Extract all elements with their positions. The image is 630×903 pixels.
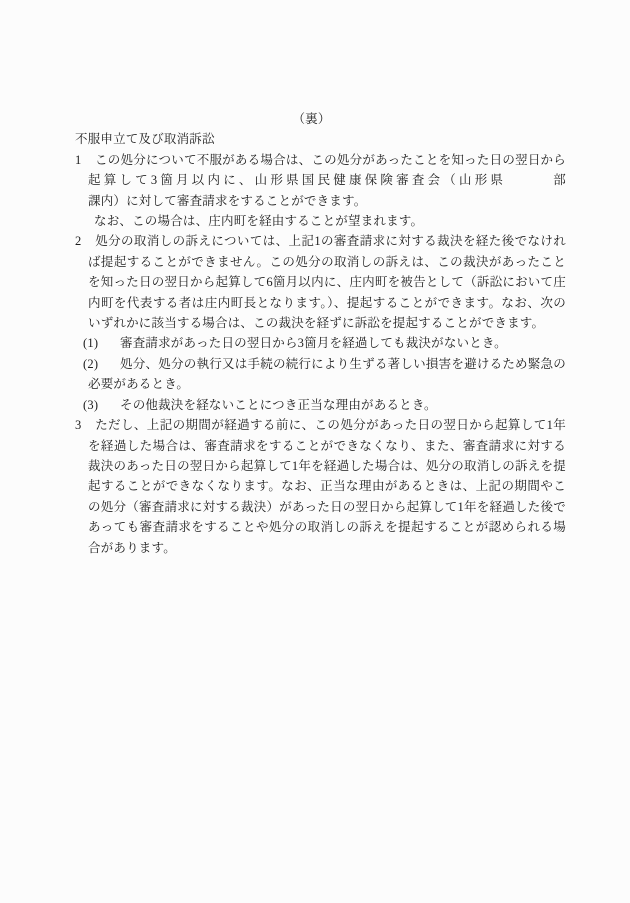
paragraph-marker: (3): [83, 395, 120, 415]
numbered-paragraph: 2処分の取消しの訴えについては、上記1の審査請求に対する裁決を経た後でなければ提…: [75, 231, 566, 333]
document-title: 不服申立て及び取消訴訟: [75, 129, 566, 149]
paragraph-text: その他裁決を経ないことにつき正当な理由があるとき。: [120, 398, 437, 412]
document-content: （裏） 不服申立て及び取消訴訟 1この処分について不服がある場合は、この処分があ…: [75, 109, 566, 558]
paragraph-marker: 1: [75, 150, 95, 170]
paragraph-list: 1この処分について不服がある場合は、この処分があったことを知った日の翌日から起算…: [75, 150, 566, 558]
document-page: （裏） 不服申立て及び取消訴訟 1この処分について不服がある場合は、この処分があ…: [0, 0, 630, 903]
sub-list-item: (1)審査請求があった日の翌日から3箇月を経過しても裁決がないとき。: [75, 333, 566, 353]
paragraph-text: 審査請求があった日の翌日から3箇月を経過しても裁決がないとき。: [120, 336, 507, 350]
paragraph-marker: (2): [83, 354, 120, 374]
note-line: なお、この場合は、庄内町を経由することが望まれます。: [75, 211, 566, 231]
paragraph-text: 処分の取消しの訴えについては、上記1の審査請求に対する裁決を経た後でなければ提起…: [88, 234, 566, 330]
page-side-label: （裏）: [75, 109, 566, 129]
sub-list-item: (2)処分、処分の執行又は手続の続行により生ずる著しい損害を避けるため緊急の必要…: [75, 354, 566, 395]
paragraph-marker: (1): [83, 333, 120, 353]
numbered-paragraph: 1この処分について不服がある場合は、この処分があったことを知った日の翌日から起算…: [75, 150, 566, 211]
paragraph-text: この処分について不服がある場合は、この処分があったことを知った日の翌日から起算し…: [88, 153, 630, 208]
sub-list-item: (3)その他裁決を経ないことにつき正当な理由があるとき。: [75, 395, 566, 415]
numbered-paragraph: 3ただし、上記の期間が経過する前に、この処分があった日の翌日から起算して1年を経…: [75, 415, 566, 558]
paragraph-text: 処分、処分の執行又は手続の続行により生ずる著しい損害を避けるため緊急の必要がある…: [88, 357, 566, 391]
paragraph-marker: 2: [75, 231, 95, 251]
paragraph-text: ただし、上記の期間が経過する前に、この処分があった日の翌日から起算して1年を経過…: [88, 418, 566, 554]
paragraph-marker: 3: [75, 415, 95, 435]
paragraph-text: なお、この場合は、庄内町を経由することが望まれます。: [94, 214, 423, 228]
